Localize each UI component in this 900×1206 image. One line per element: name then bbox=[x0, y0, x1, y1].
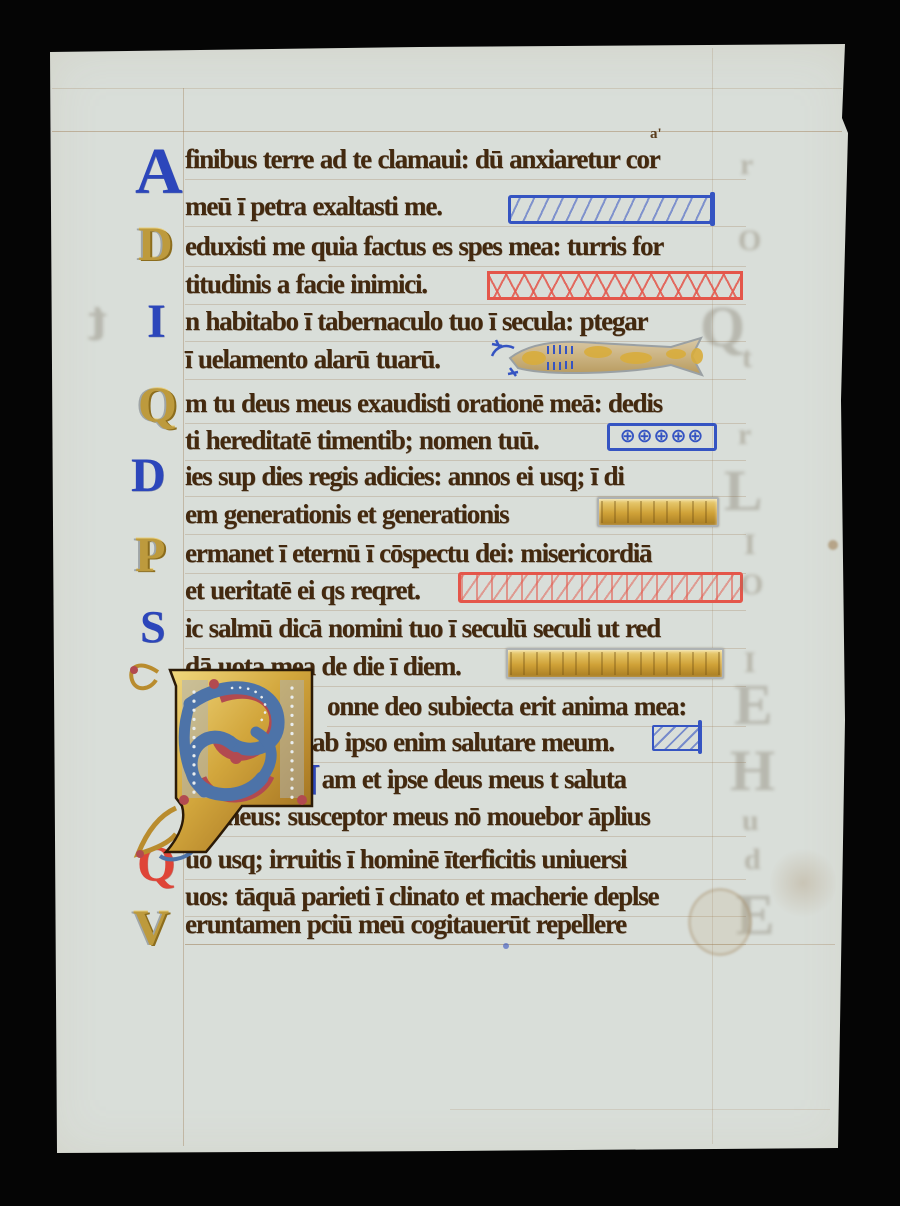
line-text: m tu deus meus exaudisti orationē meā: d… bbox=[185, 388, 662, 418]
bleed-through-ghost-letter: r bbox=[738, 420, 751, 450]
line-text: ti hereditatē timentib; nomen tuū. bbox=[185, 425, 538, 455]
bleed-through-ghost-letter: d bbox=[744, 845, 761, 875]
line-filler-blue-small bbox=[652, 725, 700, 751]
line-text: finibus terre ad te clamaui: dū anxiaret… bbox=[185, 144, 660, 174]
line-text: et ueritatē ei qs reqret. bbox=[185, 575, 420, 605]
stain bbox=[770, 846, 836, 920]
versal-initial: I bbox=[147, 298, 164, 346]
stain bbox=[688, 888, 752, 956]
bleed-through-ghost-letter: r bbox=[740, 150, 753, 180]
photograph-background: { "colors": { "background": "#050505", "… bbox=[0, 0, 900, 1206]
versal-initial: Q bbox=[138, 379, 176, 429]
text-line: A finibus terre ad te clamaui: dū anxiar… bbox=[185, 143, 746, 180]
ruling-line-horizontal bbox=[450, 1109, 830, 1110]
versal-initial: S bbox=[140, 604, 164, 650]
line-text: n habitabo ī tabernaculo tuo ī secula: p… bbox=[185, 306, 647, 336]
versal-initial: D bbox=[138, 221, 171, 269]
bleed-through-ghost-letter: I bbox=[744, 530, 756, 560]
line-text: ab ipso enim salutare meum. bbox=[312, 727, 614, 757]
bleed-through-ghost-letter: H bbox=[730, 742, 775, 800]
line-text: ermanet ī eternū ī cōspectu dei: miseric… bbox=[185, 538, 651, 568]
stain bbox=[828, 540, 838, 550]
versal-initial: D bbox=[131, 452, 164, 500]
stain bbox=[503, 943, 509, 949]
abbreviation-mark: a' bbox=[650, 126, 662, 143]
illuminated-initial-n bbox=[124, 658, 324, 862]
line-text: ī uelamento alarū tuarū. bbox=[185, 344, 440, 374]
line-text: eduxisti me quia factus es spes mea: tur… bbox=[185, 231, 663, 261]
line-filler-blue-penwork bbox=[508, 195, 713, 224]
versal-initial: A bbox=[135, 139, 181, 205]
line-text: meū ī petra exaltasti me. bbox=[185, 191, 442, 221]
ruling-line-horizontal bbox=[52, 88, 842, 89]
line-filler-gold-bar bbox=[597, 497, 719, 527]
line-filler-gold-dragon bbox=[486, 334, 722, 380]
bleed-through-ghost-letter: t bbox=[88, 292, 107, 350]
manuscript-leaf: A finibus terre ad te clamaui: dū anxiar… bbox=[0, 0, 900, 1206]
text-line: V eruntamen pciū meū cogitauerūt repelle… bbox=[185, 908, 746, 945]
bleed-through-ghost-letter: Q bbox=[700, 298, 745, 356]
versal-initial: P bbox=[135, 529, 164, 579]
line-filler-blue-crosses: ⊕⊕⊕⊕⊕ bbox=[607, 423, 717, 451]
ruling-line-vertical bbox=[183, 88, 184, 1146]
line-text: eruntamen pciū meū cogitauerūt repellere bbox=[185, 909, 626, 939]
bleed-through-ghost-letter: E bbox=[734, 676, 773, 734]
line-text: ies sup dies regis adicies: annos ei usq… bbox=[185, 461, 624, 491]
line-text: am et ipse deus meus t saluta bbox=[322, 764, 626, 794]
bleed-through-ghost-letter: u bbox=[742, 806, 759, 836]
versal-initial: V bbox=[133, 902, 168, 952]
line-text: onne deo subiecta erit anima mea: bbox=[327, 691, 686, 721]
text-line: Q m tu deus meus exaudisti orationē meā:… bbox=[185, 387, 746, 424]
line-text: uos: tāquā parieti ī clinato et macherie… bbox=[185, 881, 658, 911]
text-line: onne deo subiecta erit anima mea: bbox=[327, 690, 746, 727]
text-line: D eduxisti me quia factus es spes mea: t… bbox=[185, 230, 746, 267]
line-filler-red-penwork bbox=[458, 572, 743, 603]
bleed-through-ghost-letter: O bbox=[740, 570, 763, 600]
ruling-line-horizontal bbox=[52, 131, 842, 132]
line-text: ic salmū dicā nomini tuo ī seculū seculi… bbox=[185, 613, 660, 643]
text-line: P ermanet ī eternū ī cōspectu dei: miser… bbox=[185, 537, 746, 574]
line-filler-gold-bar bbox=[506, 648, 724, 679]
line-text: titudinis a facie inimici. bbox=[185, 269, 427, 299]
text-line: D ies sup dies regis adicies: annos ei u… bbox=[185, 460, 746, 497]
bleed-through-ghost-letter: O bbox=[738, 226, 761, 256]
text-line: S ic salmū dicā nomini tuo ī seculū secu… bbox=[185, 612, 746, 649]
line-text: em generationis et generationis bbox=[185, 499, 508, 529]
bleed-through-ghost-letter: L bbox=[724, 462, 763, 520]
text-line: Nam et ipse deus meus t saluta bbox=[288, 763, 746, 800]
